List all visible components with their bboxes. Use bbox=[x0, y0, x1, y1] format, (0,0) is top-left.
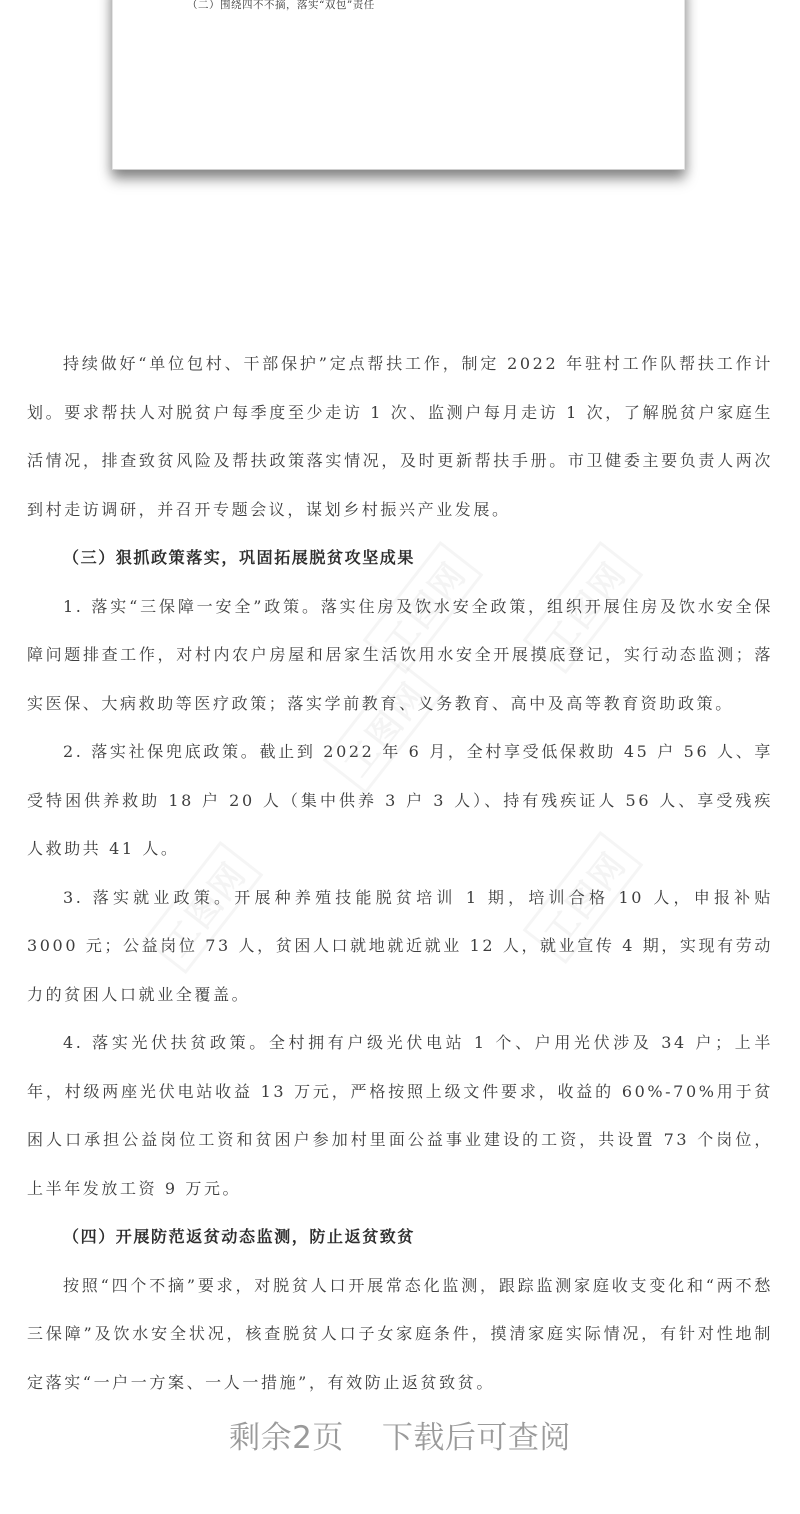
card-section-heading: （二）围绕四不不摘，落实“双包”责任 bbox=[187, 0, 375, 12]
remaining-pages-label: 剩余2页 bbox=[229, 1420, 344, 1456]
page-preview-card: （二）围绕四不不摘，落实“双包”责任 bbox=[112, 0, 685, 170]
body-paragraph: 持续做好“单位包村、干部保护”定点帮扶工作，制定 2022 年驻村工作队帮扶工作… bbox=[27, 340, 773, 534]
download-to-view-label: 下载后可查阅 bbox=[382, 1420, 571, 1456]
download-prompt-button[interactable]: 剩余2页下载后可查阅 bbox=[0, 1412, 800, 1457]
section-heading: （三）狠抓政策落实，巩固拓展脱贫攻坚成果 bbox=[27, 534, 773, 583]
document-body: 持续做好“单位包村、干部保护”定点帮扶工作，制定 2022 年驻村工作队帮扶工作… bbox=[27, 340, 773, 1407]
body-paragraph: 3. 落实就业政策。开展种养殖技能脱贫培训 1 期，培训合格 10 人，申报补贴… bbox=[27, 874, 773, 1020]
body-paragraph: 1. 落实“三保障一安全”政策。落实住房及饮水安全政策，组织开展住房及饮水安全保… bbox=[27, 583, 773, 729]
body-paragraph: 2. 落实社保兜底政策。截止到 2022 年 6 月，全村享受低保救助 45 户… bbox=[27, 728, 773, 874]
body-paragraph: 按照“四个不摘”要求，对脱贫人口开展常态化监测，跟踪监测家庭收支变化和“两不愁三… bbox=[27, 1262, 773, 1408]
body-paragraph: 4. 落实光伏扶贫政策。全村拥有户级光伏电站 1 个、户用光伏涉及 34 户；上… bbox=[27, 1019, 773, 1213]
section-heading: （四）开展防范返贫动态监测，防止返贫致贫 bbox=[27, 1213, 773, 1262]
